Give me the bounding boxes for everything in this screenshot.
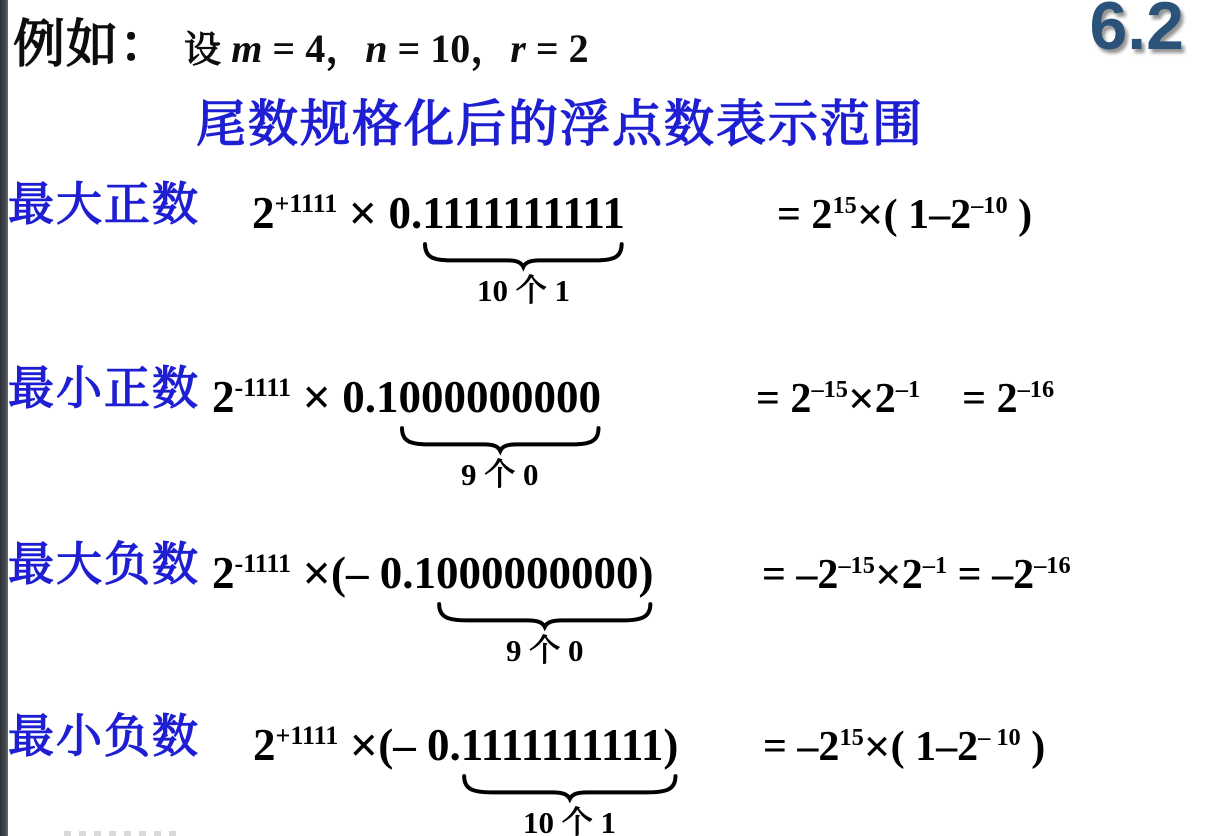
rows: 最大正数2+1111 × 0.111111111110 个 1= 215×( 1… [0, 0, 1210, 836]
mantissa-digits: 1111111111) [461, 720, 679, 770]
exponent: –15 [838, 552, 875, 579]
underbrace-icon [400, 426, 601, 452]
row-label: 最大正数 [8, 178, 200, 230]
range-row: 最大负数2-1111 ×(– 0.1000000000)9 个 0= –2–15… [0, 538, 1210, 608]
row-formula: 2-1111 × 0.10000000009 个 0 [212, 370, 601, 429]
mantissa-digits: 000000000) [436, 548, 654, 598]
mantissa-digits: 000000000 [399, 372, 602, 422]
result-segment: = 2 [756, 376, 811, 422]
result-segment: ) [1008, 192, 1033, 238]
exponent: +1111 [276, 721, 339, 750]
mantissa-digits: 1111111111 [422, 188, 625, 238]
result-segment: = –2 [763, 724, 839, 770]
formula-segment: 2 [253, 720, 276, 770]
formula-segment: 2 [212, 372, 235, 422]
formula-segment: 0. [377, 188, 422, 238]
formula-segment: (– 0.1 [331, 548, 436, 598]
range-row: 最大正数2+1111 × 0.111111111110 个 1= 215×( 1… [0, 178, 1210, 248]
result-segment: ( 1–2 [891, 724, 979, 770]
formula-segment: × [302, 369, 331, 425]
formula-segment: (– 0. [378, 720, 461, 770]
exponent: –15 [811, 376, 848, 403]
braced-mantissa: 1111111111)10 个 1 [461, 720, 679, 770]
exponent: +1111 [275, 189, 338, 218]
underbrace-icon [462, 774, 678, 800]
exponent: –1 [896, 376, 920, 403]
result-segment: × [857, 189, 884, 241]
range-row: 最小正数2-1111 × 0.10000000009 个 0= 2–15×2–1… [0, 362, 1210, 432]
digit-count-label: 10 个 1 [477, 274, 570, 308]
braced-mantissa: 0000000009 个 0 [399, 372, 602, 422]
result-segment: × [848, 373, 875, 425]
result-segment: × [875, 549, 902, 601]
underbrace-icon [437, 602, 653, 628]
row-formula: 2+1111 × 0.111111111110 个 1 [252, 186, 625, 245]
result-segment: = –2 [947, 552, 1034, 598]
exponent: -1111 [235, 373, 292, 402]
result-segment: ( 1–2 [884, 192, 972, 238]
result-segment: 2 [902, 552, 923, 598]
row-label: 最小负数 [8, 710, 200, 762]
formula-segment: × [302, 545, 331, 601]
digit-count-label: 9 个 0 [461, 458, 539, 492]
result-segment: = –2 [762, 552, 838, 598]
result-segment: = 2 [920, 376, 1017, 422]
exponent: –16 [1034, 552, 1071, 579]
result-segment: = 2 [777, 192, 832, 238]
result-segment: × [864, 721, 891, 773]
row-result: = 2–15×2–1 = 2–16 [756, 373, 1054, 429]
exponent: – 10 [978, 724, 1021, 751]
row-result: = –215×( 1–2– 10 ) [763, 721, 1045, 777]
row-formula: 2+1111 ×(– 0.1111111111)10 个 1 [253, 718, 678, 777]
exponent: –10 [971, 192, 1008, 219]
exponent: 15 [839, 724, 863, 751]
range-row: 最小负数2+1111 ×(– 0.1111111111)10 个 1= –215… [0, 710, 1210, 780]
formula-segment [338, 720, 349, 770]
formula-segment: 2 [212, 548, 235, 598]
digit-count-label: 10 个 1 [523, 806, 616, 836]
result-segment: ) [1021, 724, 1046, 770]
row-formula: 2-1111 ×(– 0.1000000000)9 个 0 [212, 546, 654, 605]
row-result: = 215×( 1–2–10 ) [777, 189, 1032, 245]
digit-count-label: 9 个 0 [506, 634, 584, 668]
formula-segment [291, 372, 302, 422]
formula-segment: × [349, 185, 378, 241]
exponent: -1111 [235, 549, 292, 578]
formula-segment: × [350, 717, 379, 773]
result-segment: 2 [875, 376, 896, 422]
underbrace-icon [423, 242, 624, 268]
exponent: 15 [832, 192, 856, 219]
exponent: –1 [923, 552, 947, 579]
row-label: 最大负数 [8, 538, 200, 590]
braced-mantissa: 000000000)9 个 0 [436, 548, 654, 598]
braced-mantissa: 111111111110 个 1 [422, 188, 625, 238]
row-result: = –2–15×2–1 = –2–16 [762, 549, 1071, 605]
watermark-remnant [64, 831, 178, 836]
formula-segment: 2 [252, 188, 275, 238]
formula-segment: 0.1 [331, 372, 399, 422]
formula-segment [291, 548, 302, 598]
row-label: 最小正数 [8, 362, 200, 414]
formula-segment [337, 188, 348, 238]
exponent: –16 [1018, 376, 1055, 403]
